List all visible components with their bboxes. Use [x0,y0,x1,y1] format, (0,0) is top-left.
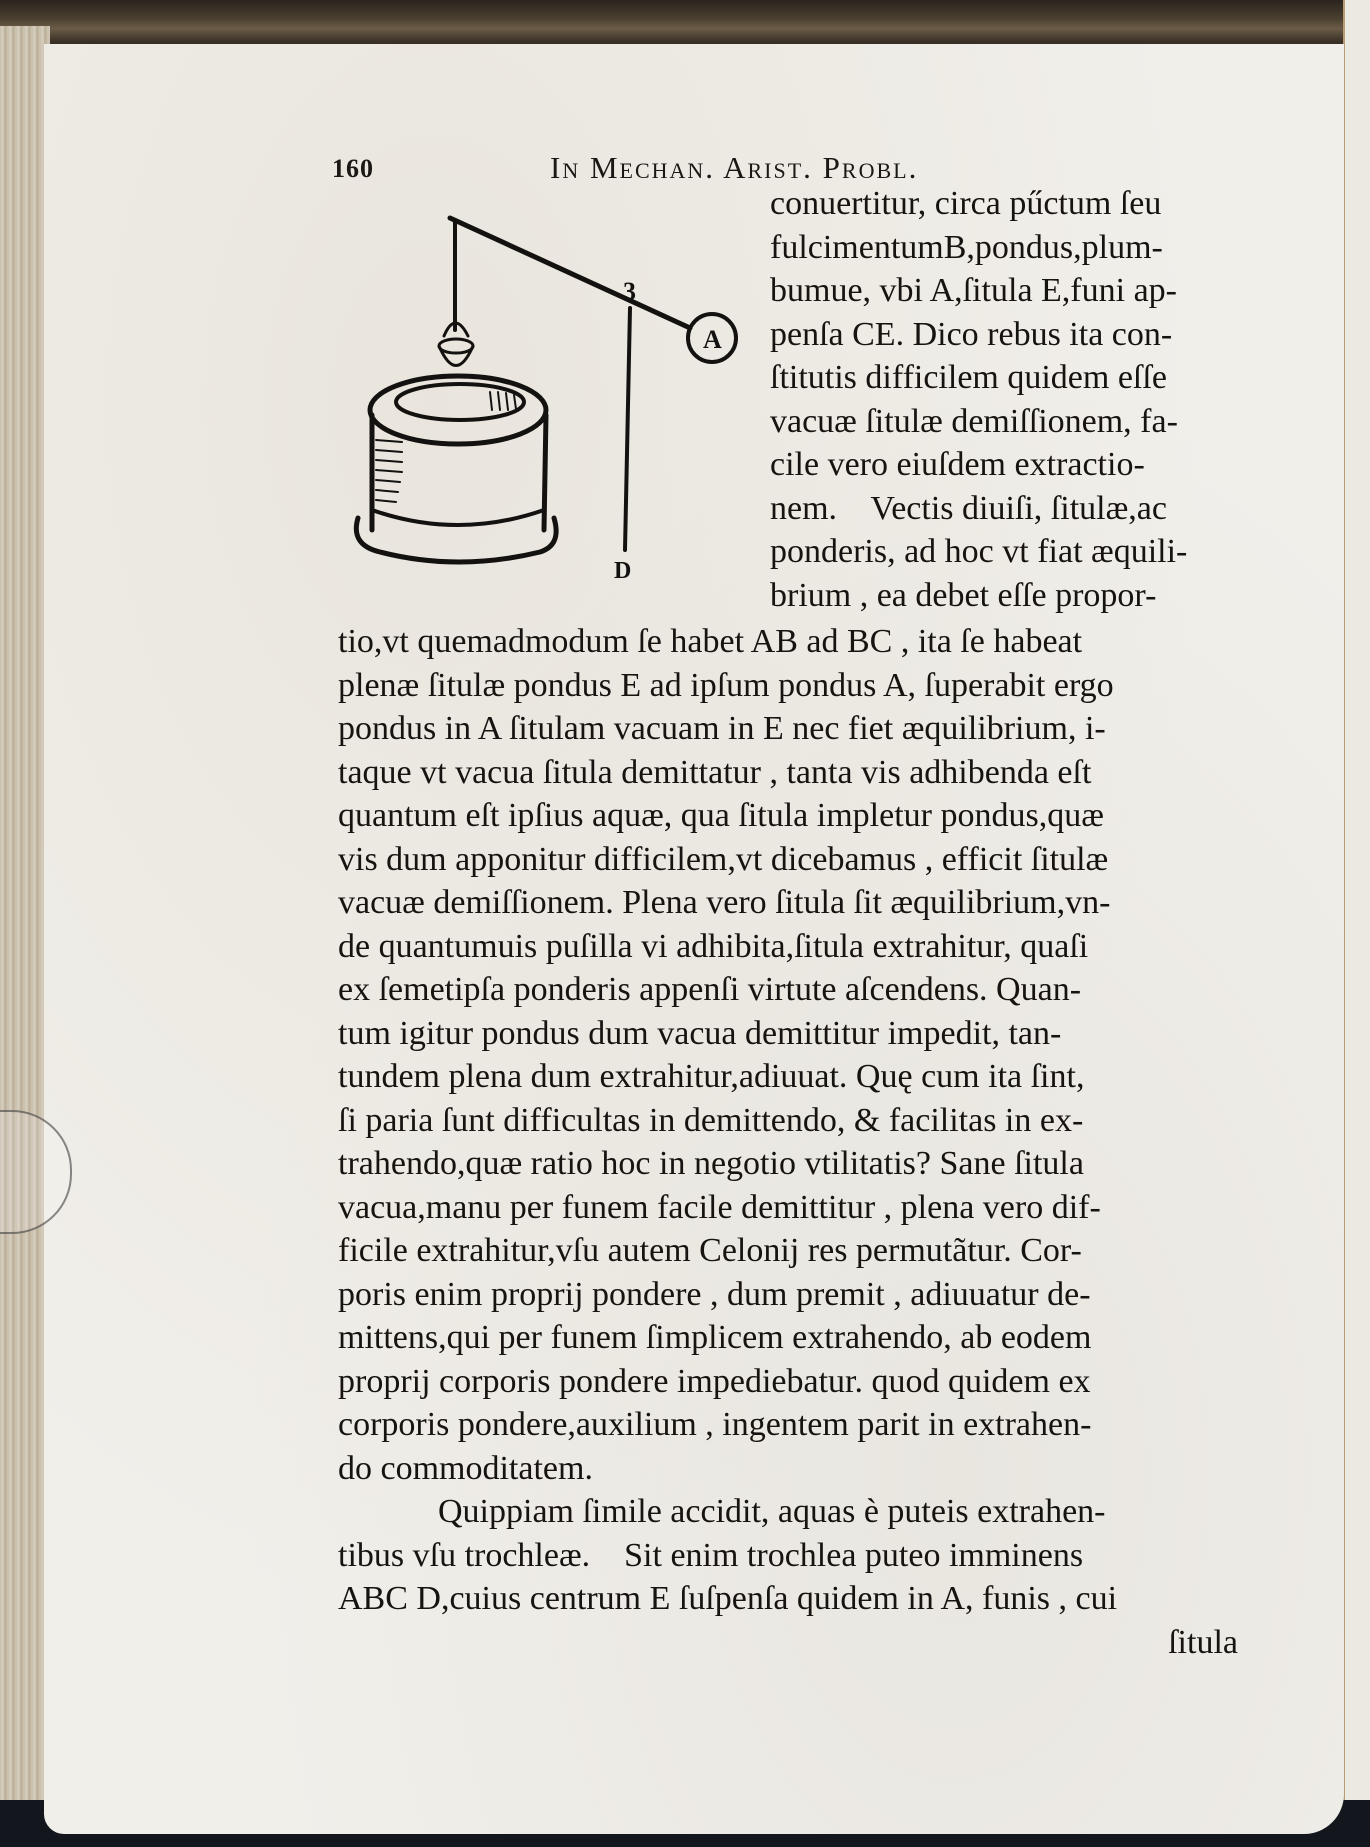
text-line: vacuæ demiſſionem. Plena vero ſitula ſit… [338,881,1238,925]
text-line: mittens,qui per funem ſimplicem extrahen… [338,1316,1238,1360]
text-line: vacuæ ſitulæ demiſſionem, fa- [770,400,1240,444]
page-number: 160 [332,154,374,184]
label-weight-a: A [703,325,722,354]
text-line: ſi paria ſunt difficultas in demittendo,… [338,1099,1238,1143]
label-fulcrum: 3 [623,277,636,306]
text-line: cile vero eiuſdem extractio- [770,443,1240,487]
text-line: ſtitutis difficilem quidem eſſe [770,356,1240,400]
text-line: tundem plena dum extrahitur,adiuuat. Quę… [338,1055,1238,1099]
well-sweep-woodcut-figure: 3 A D [340,200,760,580]
text-line: tibus vſu trochleæ. Sit enim trochlea pu… [338,1534,1238,1578]
text-line: do commoditatem. [338,1447,1238,1491]
text-line: proprij corporis pondere impediebatur. q… [338,1360,1238,1404]
text-beside-figure: conuertitur, circa pűctum ſeu fulcimentu… [770,182,1240,617]
text-line: fulcimentumB,pondus,plum- [770,226,1240,270]
text-line: conuertitur, circa pűctum ſeu [770,182,1240,226]
body-text: tio,vt quemadmodum ſe habet AB ad BC , i… [338,620,1238,1664]
text-line: taque vt vacua ſitula demittatur , tanta… [338,751,1238,795]
text-line: bumue, vbi A,ſitula E,funi ap- [770,269,1240,313]
text-line: tum igitur pondus dum vacua demittitur i… [338,1012,1238,1056]
catchword: ſitula [338,1621,1238,1665]
text-line: brium , ea debet eſſe propor- [770,574,1240,618]
text-line: quantum eſt ipſius aquæ, qua ſitula impl… [338,794,1238,838]
text-line: nem. Vectis diuiſi, ſitulæ,ac [770,487,1240,531]
text-line: poris enim proprij pondere , dum premit … [338,1273,1238,1317]
text-line: ABC D,cuius centrum E ſuſpenſa quidem in… [338,1577,1238,1621]
text-line: vacua,manu per funem facile demittitur ,… [338,1186,1238,1230]
text-line: pondus in A ſitulam vacuam in E nec fiet… [338,707,1238,751]
text-line: de quantumuis puſilla vi adhibita,ſitula… [338,925,1238,969]
text-line: vis dum apponitur difficilem,vt dicebamu… [338,838,1238,882]
paragraph-start-line: Quippiam ſimile accidit, aquas è puteis … [338,1490,1238,1534]
text-line: ficile extrahitur,vſu autem Celonij res … [338,1229,1238,1273]
text-line: trahendo,quæ ratio hoc in negotio vtilit… [338,1142,1238,1186]
facing-page-edge [1343,0,1370,1847]
text-line: penſa CE. Dico rebus ita con- [770,313,1240,357]
text-line: plenæ ſitulæ pondus E ad ipſum pondus A,… [338,664,1238,708]
page-fore-edge [0,26,50,1826]
text-line: corporis pondere,auxilium , ingentem par… [338,1403,1238,1447]
text-line: tio,vt quemadmodum ſe habet AB ad BC , i… [338,620,1238,664]
label-post-d: D [614,558,631,580]
running-header: In Mechan. Arist. Probl. [550,150,918,186]
text-line: ponderis, ad hoc vt fiat æquili- [770,530,1240,574]
text-line: ex ſemetipſa ponderis appenſi virtute aſ… [338,968,1238,1012]
